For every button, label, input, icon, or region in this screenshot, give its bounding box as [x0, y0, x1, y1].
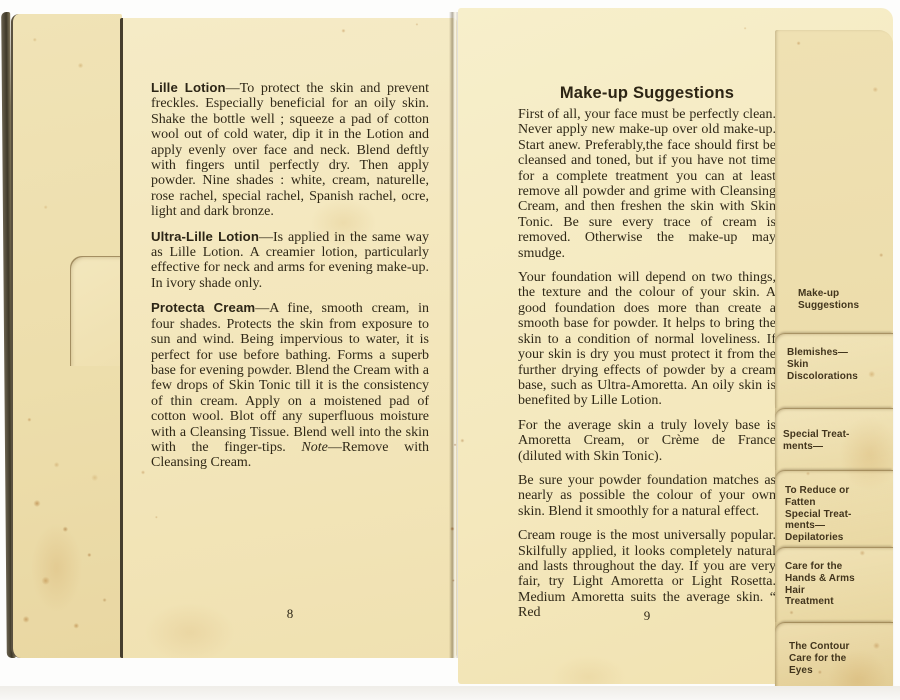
page-number-left: 8 — [151, 606, 429, 622]
paragraph: Be sure your powder foundation matches a… — [518, 473, 776, 519]
note-label: Note — [301, 440, 327, 455]
tab-label: Make-up Suggestions — [775, 252, 893, 312]
page-title: Make-up Suggestions — [518, 84, 776, 103]
index-tab-reduce-fatten-depilatories: To Reduce or Fatten Special Treat- ments… — [775, 470, 893, 547]
run-in-heading: Ultra-Lille Lotion — [151, 229, 259, 244]
right-text-column: First of all, your face must be perfectl… — [518, 107, 776, 630]
paragraph-protecta-cream: Protecta Cream—A fine, smooth cream, in … — [151, 300, 429, 470]
tab-label: Special Treat- ments— — [775, 409, 893, 453]
paragraph-body: —To protect the skin and prevent freckle… — [151, 81, 429, 219]
run-in-heading: Lille Lotion — [151, 80, 226, 95]
index-tab-column: Make-up Suggestions Blemishes— Skin Disc… — [775, 30, 893, 692]
paragraph-lille-lotion: Lille Lotion—To protect the skin and pre… — [151, 80, 429, 220]
tab-label: Blemishes— Skin Discolorations — [775, 334, 893, 382]
paragraph: Your foundation will depend on two thing… — [518, 270, 776, 409]
index-tab-blemishes-skin-discolorations: Blemishes— Skin Discolorations — [775, 333, 893, 408]
page-number-right: 9 — [518, 608, 776, 624]
index-tab-special-treatments: Special Treat- ments— — [775, 408, 893, 470]
paragraph: Cream rouge is the most universally popu… — [518, 528, 776, 620]
tab-label: Care for the Hands & Arms Hair Treatment — [775, 548, 893, 608]
book-spread-scan: Lille Lotion—To protect the skin and pre… — [0, 0, 900, 700]
left-page-fore-edge — [11, 14, 122, 658]
index-tab-hands-arms-hair-treatment: Care for the Hands & Arms Hair Treatment — [775, 547, 893, 622]
index-tab-contour-care-for-eyes: The Contour Care for the Eyes — [775, 622, 893, 692]
tab-label: The Contour Care for the Eyes — [775, 623, 893, 676]
paragraph: First of all, your face must be perfectl… — [518, 107, 776, 261]
paragraph-body: —A fine, smooth cream, in four shades. P… — [151, 301, 429, 455]
left-page: Lille Lotion—To protect the skin and pre… — [120, 18, 457, 658]
index-tab-make-up-suggestions: Make-up Suggestions — [775, 252, 893, 333]
paragraph: For the average skin a truly lovely base… — [518, 418, 776, 464]
run-in-heading: Protecta Cream — [151, 300, 255, 315]
paragraph-ultra-lille-lotion: Ultra-Lille Lotion—Is applied in the sam… — [151, 229, 429, 292]
scan-background-shadow — [0, 686, 900, 700]
tab-label: To Reduce or Fatten Special Treat- ments… — [775, 471, 893, 544]
left-text-column: Lille Lotion—To protect the skin and pre… — [151, 80, 429, 480]
left-tab-notch — [70, 256, 122, 366]
